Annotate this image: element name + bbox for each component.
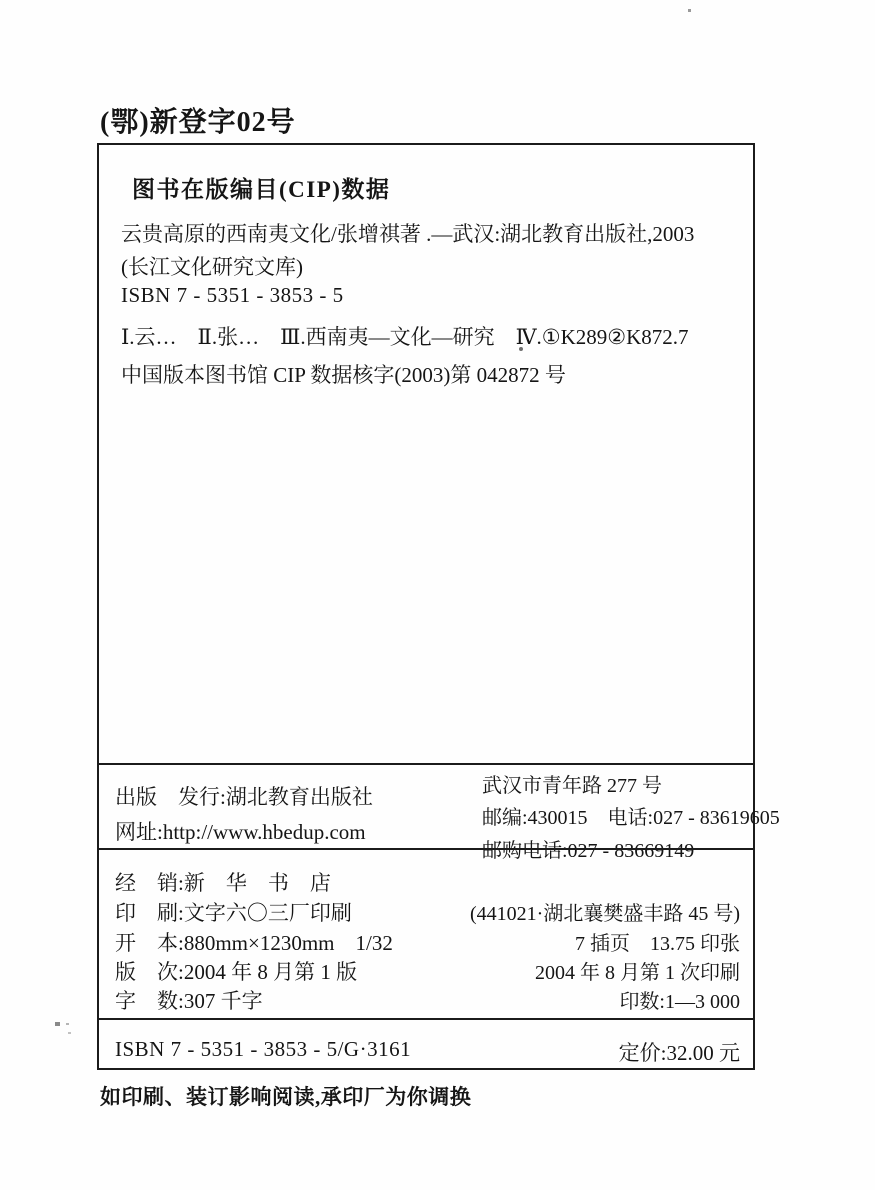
publisher-line: 出版 发行:湖北教育出版社	[115, 781, 373, 811]
isbn-code-line: ISBN 7 - 5351 - 3853 - 5/G·3161	[115, 1037, 411, 1062]
section-divider	[99, 763, 753, 765]
print-date-line: 2004 年 8 月第 1 次印刷	[535, 956, 740, 985]
postcode-phone-line: 邮编:430015 电话:027 - 83619605	[482, 801, 780, 830]
scan-artifact	[66, 1023, 69, 1025]
cip-title-line: 云贵高原的西南夷文化/张增祺著 .—武汉:湖北教育出版社,2003	[121, 218, 694, 248]
print-run-line: 印数:1—3 000	[619, 985, 740, 1014]
scan-artifact	[68, 1032, 71, 1034]
registration-number-label: (鄂)新登字02号	[100, 100, 296, 140]
price-line: 定价:32.00 元	[619, 1037, 740, 1067]
printer-address-line: (441021·湖北襄樊盛丰路 45 号)	[470, 897, 740, 926]
section-divider	[99, 1018, 753, 1020]
colophon-box: 图书在版编目(CIP)数据 云贵高原的西南夷文化/张增祺著 .—武汉:湖北教育出…	[97, 143, 755, 1070]
distribution-line: 经 销:新 华 书 店	[115, 867, 331, 897]
reprint-exchange-notice: 如印刷、装订影响阅读,承印厂为你调换	[100, 1081, 471, 1111]
website-line: 网址:http://www.hbedup.com	[115, 816, 366, 846]
section-divider	[99, 848, 753, 850]
scan-artifact	[55, 1022, 60, 1026]
publisher-address-line: 武汉市青年路 277 号	[482, 769, 662, 798]
cip-heading: 图书在版编目(CIP)数据	[132, 171, 390, 204]
cip-record-number-line: 中国版本图书馆 CIP 数据核字(2003)第 042872 号	[121, 359, 566, 389]
scan-artifact	[519, 347, 523, 351]
scan-artifact	[688, 9, 691, 12]
colophon-page: (鄂)新登字02号 图书在版编目(CIP)数据 云贵高原的西南夷文化/张增祺著 …	[0, 0, 875, 1190]
cip-isbn-line: ISBN 7 - 5351 - 3853 - 5	[121, 283, 344, 308]
format-line: 开 本:880mm×1230mm 1/32	[115, 927, 393, 957]
edition-line: 版 次:2004 年 8 月第 1 版	[115, 956, 357, 986]
inserts-sheets-line: 7 插页 13.75 印张	[575, 927, 740, 956]
printer-line: 印 刷:文字六〇三厂印刷	[115, 897, 352, 927]
cip-classification-line: Ⅰ.云… Ⅱ.张… Ⅲ.西南夷—文化—研究 Ⅳ.①K289②K872.7	[121, 321, 689, 351]
cip-series-line: (长江文化研究文库)	[121, 251, 303, 281]
word-count-line: 字 数:307 千字	[115, 985, 263, 1015]
